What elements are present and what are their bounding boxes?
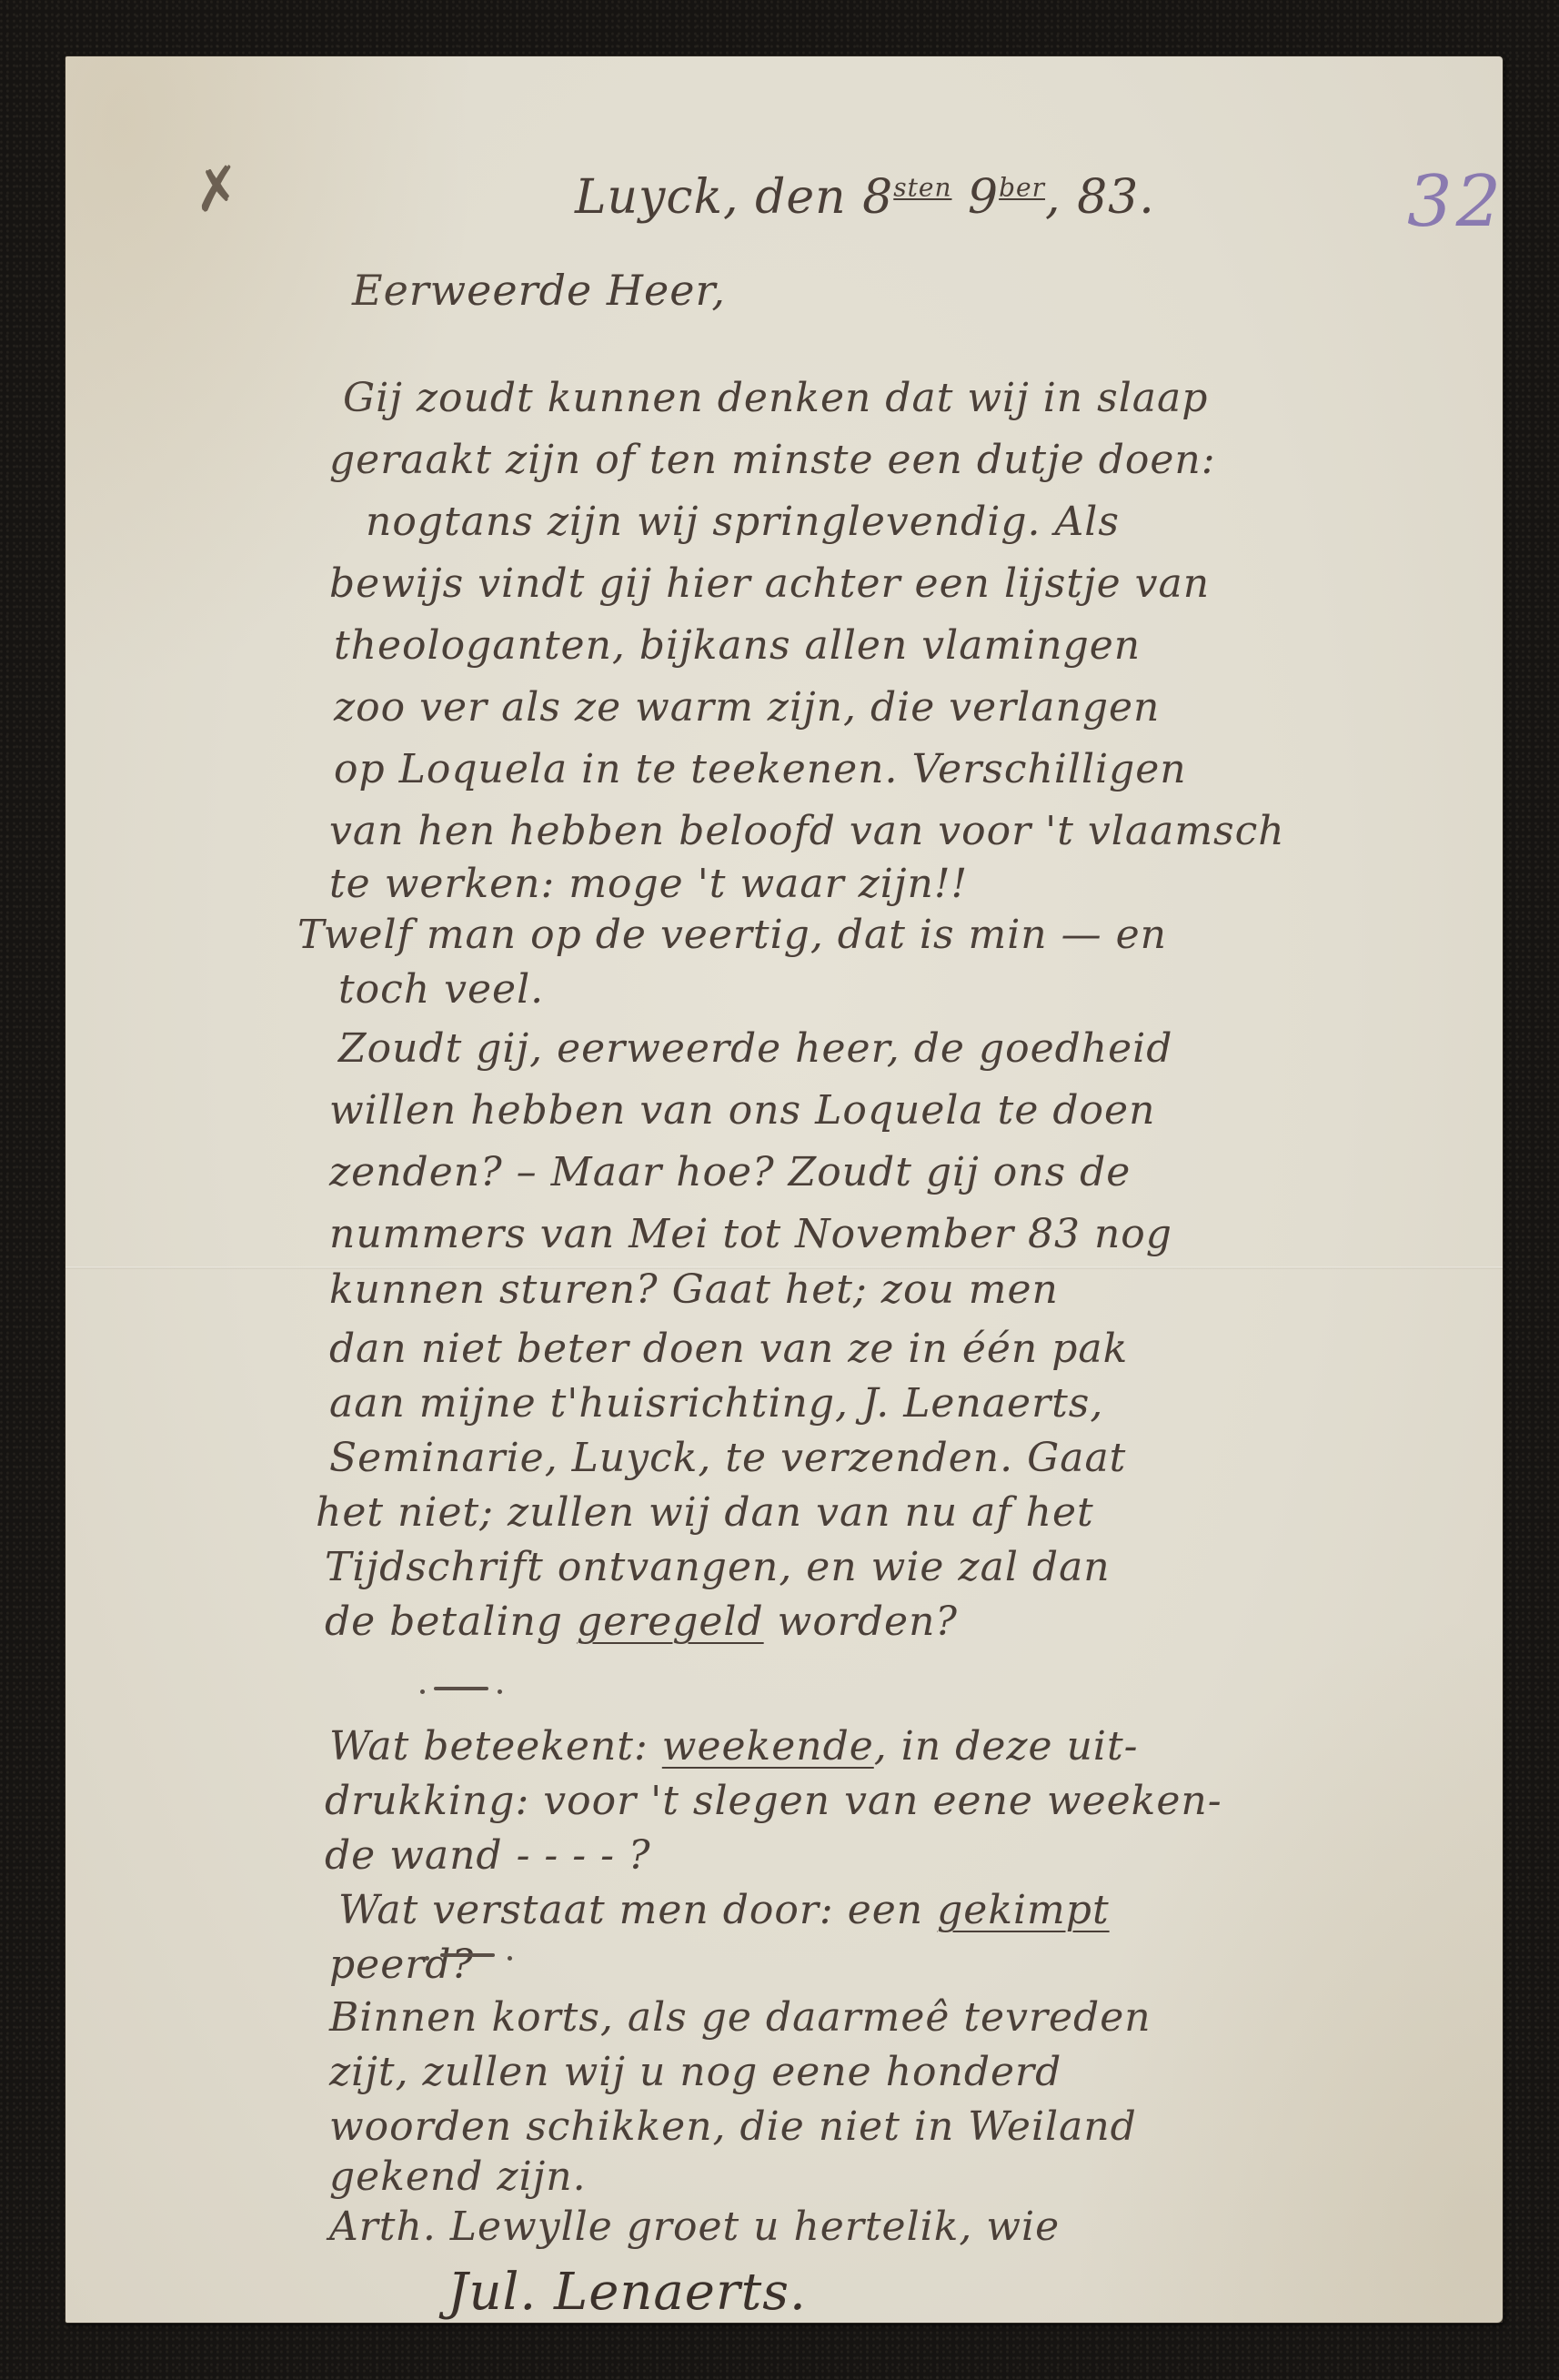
- month: 9: [968, 170, 999, 225]
- body-line: theologanten, bijkans allen vlamingen: [334, 622, 1141, 669]
- letter-sheet: ✗ 32 Luyck, den 8sten 9ber, 83. Eerweerd…: [65, 56, 1503, 2323]
- body-line: Twelf man op de veertig, dat is min — en: [297, 912, 1167, 958]
- body-line: willen hebben van ons Loquela te doen: [329, 1087, 1155, 1134]
- body-line: zenden? – Maar hoe? Zoudt gij ons de: [329, 1149, 1131, 1195]
- body-line: Arth. Lewylle groet u hertelik, wie: [329, 2204, 1060, 2250]
- body-line: Tijdschrift ontvangen, en wie zal dan: [325, 1544, 1111, 1590]
- separator-line: [440, 1953, 495, 1957]
- body-line: de betaling geregeld worden?: [325, 1598, 958, 1645]
- folio-number: 32: [1407, 161, 1504, 243]
- separator-dot: [508, 1956, 512, 1961]
- body-line: zijt, zullen wij u nog eene honderd: [329, 2049, 1061, 2095]
- separator-dot: [420, 1689, 425, 1694]
- body-line: van hen hebben beloofd van voor 't vlaam…: [329, 808, 1285, 854]
- body-line: nogtans zijn wij springlevendig. Als: [366, 499, 1120, 545]
- body-line: Zoudt gij, eerweerde heer, de goedheid: [338, 1025, 1172, 1072]
- body-line: aan mijne t'huisrichting, J. Lenaerts,: [329, 1380, 1103, 1427]
- body-line: Binnen korts, als ge daarmeê tevreden: [329, 1994, 1152, 2041]
- body-line: Wat beteekent: weekende, in deze uit-: [329, 1723, 1139, 1770]
- body-line: drukking: voor 't slegen van eene weeken…: [325, 1778, 1222, 1824]
- separator-dot: [425, 1956, 429, 1961]
- body-line: nummers van Mei tot November 83 nog: [329, 1211, 1172, 1257]
- place: Luyck, den: [575, 170, 847, 225]
- margin-cross-mark: ✗: [188, 154, 246, 227]
- body-line: Wat verstaat men door: een gekimpt: [338, 1887, 1110, 1933]
- body-line: gekend zijn.: [329, 2153, 587, 2200]
- place-date-line: Luyck, den 8sten 9ber, 83.: [575, 170, 1155, 225]
- separator-line: [434, 1687, 488, 1690]
- body-line: kunnen sturen? Gaat het; zou men: [329, 1266, 1059, 1313]
- body-line: toch veel.: [338, 966, 544, 1013]
- body-line: op Loquela in te teekenen. Verschilligen: [334, 746, 1187, 792]
- body-line: het niet; zullen wij dan van nu af het: [316, 1489, 1094, 1536]
- day-suffix: sten: [893, 173, 951, 203]
- body-line: zoo ver als ze warm zijn, die verlangen: [334, 684, 1160, 731]
- body-line: dan niet beter doen van ze in één pak: [329, 1326, 1128, 1372]
- body-line: bewijs vindt gij hier achter een lijstje…: [329, 560, 1210, 607]
- month-suffix: ber: [999, 173, 1045, 203]
- day: 8: [862, 170, 893, 225]
- salutation: Eerweerde Heer,: [352, 266, 726, 315]
- signature: Jul. Lenaerts.: [448, 2263, 807, 2322]
- body-line: geraakt zijn of ten minste een dutje doe…: [329, 437, 1216, 483]
- body-line: te werken: moge 't waar zijn!!: [329, 861, 968, 907]
- year: , 83.: [1045, 170, 1155, 225]
- separator-dot: [498, 1689, 502, 1694]
- body-line: woorden schikken, die niet in Weiland: [329, 2103, 1137, 2150]
- body-line: peerd?: [329, 1941, 474, 1988]
- body-line: Seminarie, Luyck, te verzenden. Gaat: [329, 1435, 1126, 1481]
- body-line: Gij zoudt kunnen denken dat wij in slaap: [343, 375, 1208, 421]
- body-line: de wand - - - - ?: [325, 1832, 651, 1879]
